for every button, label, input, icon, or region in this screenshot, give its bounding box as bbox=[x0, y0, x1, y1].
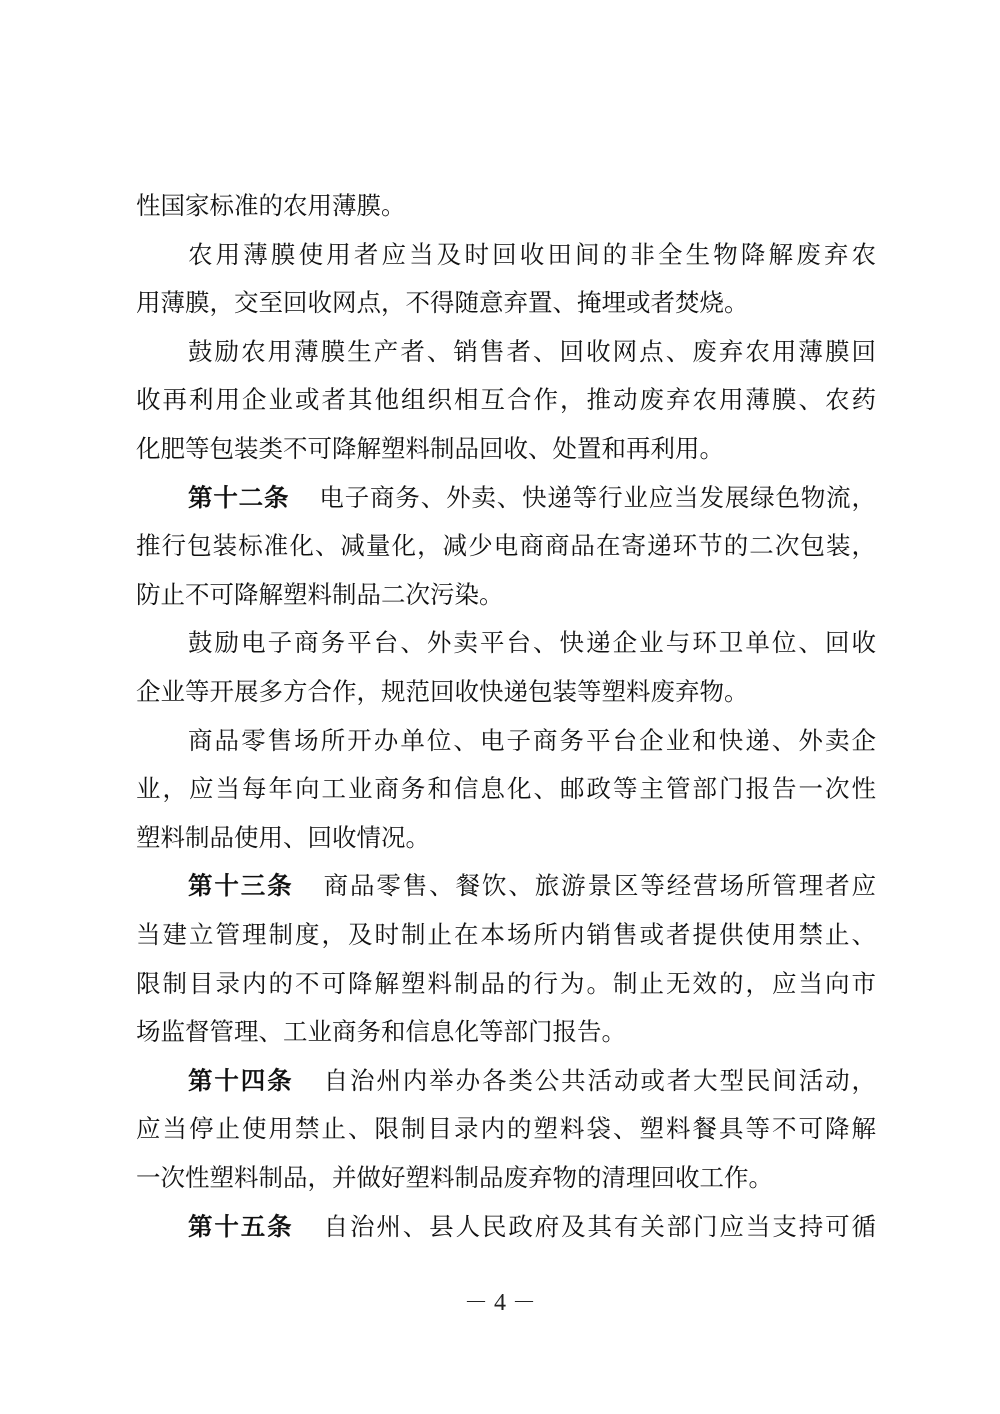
text-line: 用薄膜，交至回收网点，不得随意弃置、掩埋或者焚烧。 bbox=[136, 286, 876, 320]
line-text: 鼓励农用薄膜生产者、销售者、回收网点、废弃农用薄膜回 bbox=[188, 337, 876, 366]
line-text: 塑料制品使用、回收情况。 bbox=[136, 823, 430, 852]
line-text: 自治州内举办各类公共活动或者大型民间活动， bbox=[324, 1066, 876, 1095]
line-text: 用薄膜，交至回收网点，不得随意弃置、掩埋或者焚烧。 bbox=[136, 288, 749, 317]
line-text: 企业等开展多方合作，规范回收快递包装等塑料废弃物。 bbox=[136, 677, 749, 706]
article-line: 第十五条自治州、县人民政府及其有关部门应当支持可循 bbox=[188, 1210, 876, 1244]
article-heading: 第十二条 bbox=[188, 483, 289, 512]
line-text: 一次性塑料制品，并做好塑料制品废弃物的清理回收工作。 bbox=[136, 1163, 773, 1192]
line-text: 限制目录内的不可降解塑料制品的行为。制止无效的，应当向市 bbox=[136, 969, 876, 998]
line-text: 防止不可降解塑料制品二次污染。 bbox=[136, 580, 504, 609]
text-line: 化肥等包装类不可降解塑料制品回收、处置和再利用。 bbox=[136, 432, 876, 466]
article-heading: 第十四条 bbox=[188, 1066, 294, 1095]
text-line: 应当停止使用禁止、限制目录内的塑料袋、塑料餐具等不可降解 bbox=[136, 1112, 876, 1146]
text-line: 一次性塑料制品，并做好塑料制品废弃物的清理回收工作。 bbox=[136, 1161, 876, 1195]
text-line: 鼓励农用薄膜生产者、销售者、回收网点、废弃农用薄膜回 bbox=[188, 335, 876, 369]
line-text: 应当停止使用禁止、限制目录内的塑料袋、塑料餐具等不可降解 bbox=[136, 1114, 876, 1143]
line-text: 鼓励电子商务平台、外卖平台、快递企业与环卫单位、回收 bbox=[188, 628, 876, 657]
article-line: 第十二条电子商务、外卖、快递等行业应当发展绿色物流， bbox=[188, 481, 876, 515]
article-heading: 第十五条 bbox=[188, 1212, 294, 1241]
line-text: 商品零售、餐饮、旅游景区等经营场所管理者应 bbox=[324, 871, 876, 900]
line-text: 当建立管理制度，及时制止在本场所内销售或者提供使用禁止、 bbox=[136, 920, 876, 949]
text-line: 场监督管理、工业商务和信息化等部门报告。 bbox=[136, 1015, 876, 1049]
line-text: 推行包装标准化、减量化，减少电商商品在寄递环节的二次包装， bbox=[136, 531, 876, 560]
article-heading: 第十三条 bbox=[188, 871, 294, 900]
line-text: 场监督管理、工业商务和信息化等部门报告。 bbox=[136, 1017, 626, 1046]
line-text: 农用薄膜使用者应当及时回收田间的非全生物降解废弃农 bbox=[188, 240, 876, 269]
text-line: 商品零售场所开办单位、电子商务平台企业和快递、外卖企 bbox=[188, 724, 876, 758]
text-line: 防止不可降解塑料制品二次污染。 bbox=[136, 578, 876, 612]
text-line: 性国家标准的农用薄膜。 bbox=[136, 189, 876, 223]
text-line: 农用薄膜使用者应当及时回收田间的非全生物降解废弃农 bbox=[188, 238, 876, 272]
page-number: － 4 － bbox=[0, 1282, 1000, 1317]
text-line: 收再利用企业或者其他组织相互合作，推动废弃农用薄膜、农药 bbox=[136, 383, 876, 417]
text-line: 鼓励电子商务平台、外卖平台、快递企业与环卫单位、回收 bbox=[188, 626, 876, 660]
text-line: 当建立管理制度，及时制止在本场所内销售或者提供使用禁止、 bbox=[136, 918, 876, 952]
line-text: 业，应当每年向工业商务和信息化、邮政等主管部门报告一次性 bbox=[136, 774, 876, 803]
text-line: 企业等开展多方合作，规范回收快递包装等塑料废弃物。 bbox=[136, 675, 876, 709]
article-line: 第十四条自治州内举办各类公共活动或者大型民间活动， bbox=[188, 1064, 876, 1098]
text-line: 限制目录内的不可降解塑料制品的行为。制止无效的，应当向市 bbox=[136, 967, 876, 1001]
line-text: 化肥等包装类不可降解塑料制品回收、处置和再利用。 bbox=[136, 434, 724, 463]
line-text: 自治州、县人民政府及其有关部门应当支持可循 bbox=[324, 1212, 876, 1241]
document-page: 性国家标准的农用薄膜。农用薄膜使用者应当及时回收田间的非全生物降解废弃农用薄膜，… bbox=[0, 0, 1000, 1414]
line-text: 性国家标准的农用薄膜。 bbox=[136, 191, 406, 220]
article-line: 第十三条商品零售、餐饮、旅游景区等经营场所管理者应 bbox=[188, 869, 876, 903]
line-text: 收再利用企业或者其他组织相互合作，推动废弃农用薄膜、农药 bbox=[136, 385, 876, 414]
line-text: 商品零售场所开办单位、电子商务平台企业和快递、外卖企 bbox=[188, 726, 876, 755]
line-text: 电子商务、外卖、快递等行业应当发展绿色物流， bbox=[319, 483, 876, 512]
text-line: 业，应当每年向工业商务和信息化、邮政等主管部门报告一次性 bbox=[136, 772, 876, 806]
text-line: 推行包装标准化、减量化，减少电商商品在寄递环节的二次包装， bbox=[136, 529, 876, 563]
text-line: 塑料制品使用、回收情况。 bbox=[136, 821, 876, 855]
